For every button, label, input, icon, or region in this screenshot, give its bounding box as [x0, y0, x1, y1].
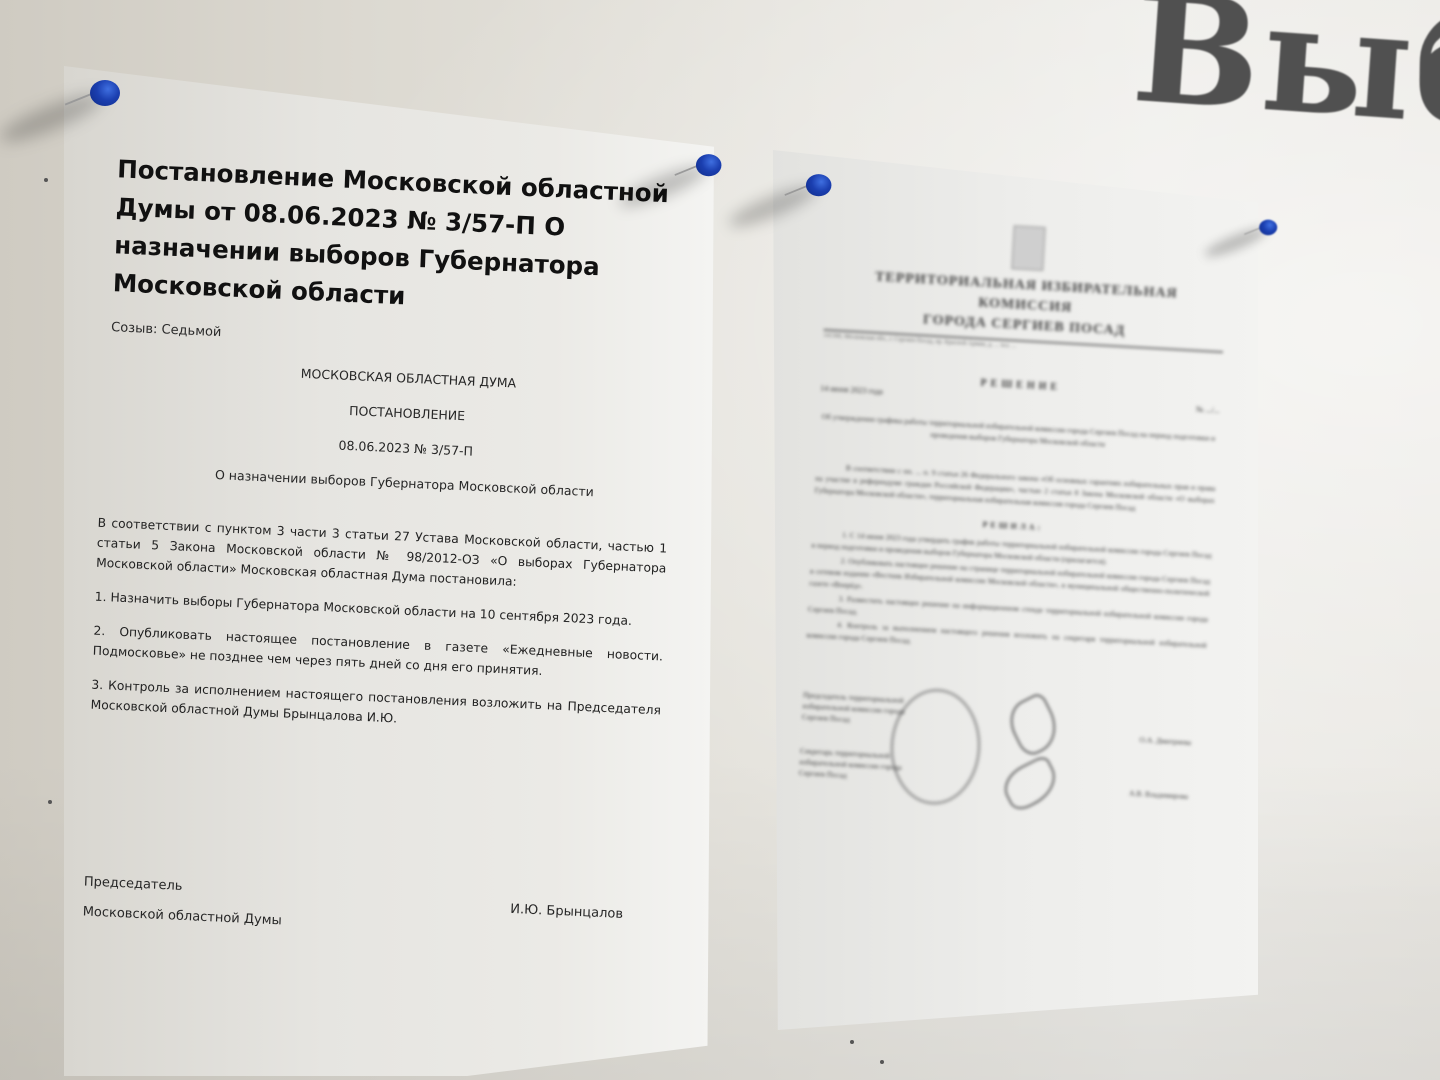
secretary-role: Секретарь территориальной избирательной …	[799, 745, 931, 785]
handwritten-signature	[1002, 691, 1066, 759]
secretary-name: А.В. Владимирова	[1129, 788, 1189, 802]
convocation: Созыв: Седьмой	[111, 320, 675, 361]
right-document: ТЕРРИТОРИАЛЬНАЯ ИЗБИРАТЕЛЬНАЯ КОМИССИЯ Г…	[797, 215, 1229, 821]
decision-date: 14 июня 2023 года	[820, 384, 883, 396]
preamble: В соответствии с пунктом 3 части 3 стать…	[96, 513, 668, 599]
wall-mark	[880, 1060, 884, 1064]
doc-number: 08.06.2023 № 3/57-П	[101, 427, 671, 468]
wall-mark	[48, 800, 52, 804]
push-pin-icon	[1257, 220, 1277, 237]
push-pin-icon	[693, 154, 722, 178]
decision-preamble: В соответствии с пп. ... п. 9 статьи 26 …	[814, 461, 1215, 519]
handwritten-signature	[997, 754, 1063, 814]
doc-type: ПОСТАНОВЛЕНИЕ	[102, 392, 672, 433]
resolution-item: 2. Опубликовать настоящее постановление …	[92, 621, 663, 687]
left-document-title: Постановление Московской областной Думы …	[112, 150, 681, 327]
signature-block: Председатель территориальной избирательн…	[797, 689, 1203, 821]
chair-role: Председатель территориальной избирательн…	[802, 689, 934, 729]
wall-mark	[850, 1040, 854, 1044]
chair-name: О.А. Дмитриева	[1139, 734, 1191, 748]
left-document: Постановление Московской областной Думы …	[90, 150, 682, 754]
wall-sign: Выбо	[1128, 0, 1440, 169]
coat-of-arms-icon	[1011, 225, 1045, 271]
resolution-item: 3. Контроль за исполнением настоящего по…	[90, 675, 661, 741]
decision-number: № .../...	[1196, 405, 1220, 415]
wall-mark	[44, 178, 48, 182]
issuer: МОСКОВСКАЯ ОБЛАСТНАЯ ДУМА	[103, 357, 673, 398]
doc-subject: О назначении выборов Губернатора Московс…	[99, 462, 669, 503]
push-pin-icon	[86, 80, 120, 108]
push-pin-icon	[803, 174, 832, 198]
decision-subject: Об утверждении графика работы территориа…	[818, 411, 1219, 457]
